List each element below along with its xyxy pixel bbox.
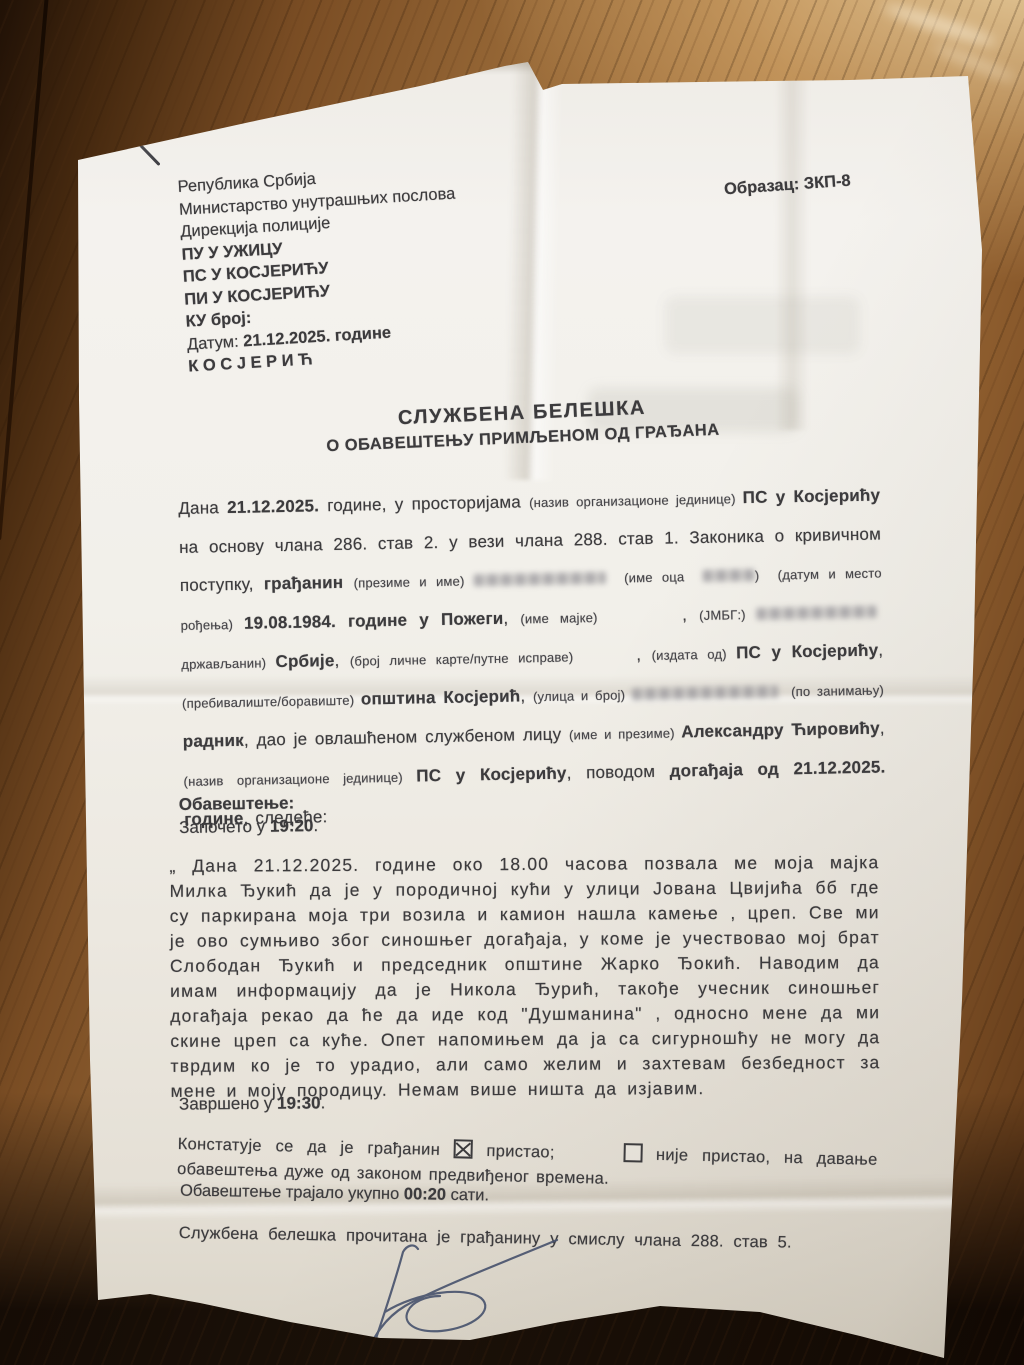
text-segment: (презиме и име) <box>353 573 473 590</box>
table-shadow <box>0 1230 220 1365</box>
text-segment: . <box>313 816 318 835</box>
text-segment: (пребивалиште/боравиште) <box>182 693 361 711</box>
text-segment: Обавештење трајало укупно <box>180 1182 404 1204</box>
checkbox-agreed-checked <box>454 1139 473 1158</box>
text-segment: (улица и број) <box>533 687 632 704</box>
text-segment: , <box>878 640 883 659</box>
text-segment: ПС у Косјерићу <box>416 764 567 786</box>
text-segment: 19.08.1984. године у Пожеги <box>244 609 504 633</box>
text-segment: (број личне карте/путне исправе) <box>350 649 574 668</box>
text-segment: , <box>520 686 533 705</box>
redaction-father-name <box>703 569 755 582</box>
text-segment: (назив организационе јединице) <box>529 491 743 510</box>
text-segment: КУ број: <box>185 309 252 331</box>
text-segment: (име оца <box>606 569 703 586</box>
duration-line: Обавештење трајало укупно 00:20 сати. <box>180 1182 489 1206</box>
text-segment: Констатује се да је грађанин <box>178 1135 454 1159</box>
notice-label: Обавештење: <box>179 791 318 816</box>
text-segment: сати. <box>446 1186 489 1205</box>
text-segment: Александру Ћировићу <box>681 719 880 742</box>
text-segment: , поводом <box>566 762 669 783</box>
letterhead: Република СрбијаМинистарство унутрашњих … <box>177 160 465 379</box>
text-segment: Датум: <box>186 332 243 353</box>
document-paper: Република СрбијаМинистарство унутрашњих … <box>0 0 1024 1365</box>
form-code: Образац: ЗКП-8 <box>723 172 851 200</box>
text-segment: Завршено у <box>179 1094 277 1114</box>
text-segment: грађанин <box>264 573 354 594</box>
text-segment: , дао је овлашћеном службеном лицу <box>244 725 569 750</box>
text-segment: (издата од) <box>652 646 737 663</box>
text-segment: 00:20 <box>404 1185 446 1204</box>
text-segment: . <box>320 1093 325 1112</box>
text-segment: 21.12.2025. <box>227 496 319 517</box>
text-segment: радник <box>183 731 244 751</box>
notice-block: Обавештење: Започето у 19:20. <box>179 791 319 839</box>
text-segment: (име и презиме) <box>569 725 682 742</box>
started-line: Започето у 19:20. <box>179 814 318 839</box>
redaction-jmbg <box>757 606 877 620</box>
text-segment: К О С Ј Е Р И Ћ <box>188 350 313 375</box>
text-segment: пристао; <box>473 1142 624 1163</box>
statement-paragraph: „ Дана 21.12.2025. године око 18.00 часо… <box>169 850 880 1104</box>
document-title: СЛУЖБЕНА БЕЛЕШКА О ОБАВЕШТЕЊУ ПРИМЉЕНОМ … <box>234 389 811 463</box>
redaction-street-and-number <box>632 686 778 701</box>
text-segment: , <box>503 608 520 627</box>
intro-paragraph: Дана 21.12.2025. године, у просторијама … <box>178 477 887 839</box>
text-segment: ПС у Косјерићу <box>743 486 881 508</box>
text-segment: (ЈМБГ:) <box>699 607 757 623</box>
checkbox-not-agreed-empty <box>623 1143 642 1162</box>
text-segment: (име мајке) <box>520 610 597 626</box>
text-segment: 19:30 <box>277 1093 321 1112</box>
text-segment: Србије <box>275 651 334 671</box>
text-segment: ПС у Косјерићу <box>736 641 879 663</box>
text-segment: општина Косјерић <box>361 686 521 708</box>
redaction-surname-and-name <box>474 572 606 587</box>
text-segment: , <box>334 651 350 670</box>
text-segment: године, у просторијама <box>319 492 529 515</box>
text-segment: (по занимању) <box>778 682 884 699</box>
text-segment: , <box>597 605 699 626</box>
text-segment: (назив организационе јединице) <box>183 769 416 788</box>
text-segment: Започето у <box>179 817 270 837</box>
document-content: Република СрбијаМинистарство унутрашњих … <box>0 0 1024 1365</box>
text-segment: Дана <box>178 498 227 518</box>
text-segment: , <box>573 645 652 666</box>
text-segment: 19:20 <box>270 816 314 836</box>
text-segment: , <box>880 718 885 737</box>
finished-line: Завршено у 19:30. <box>179 1093 325 1114</box>
